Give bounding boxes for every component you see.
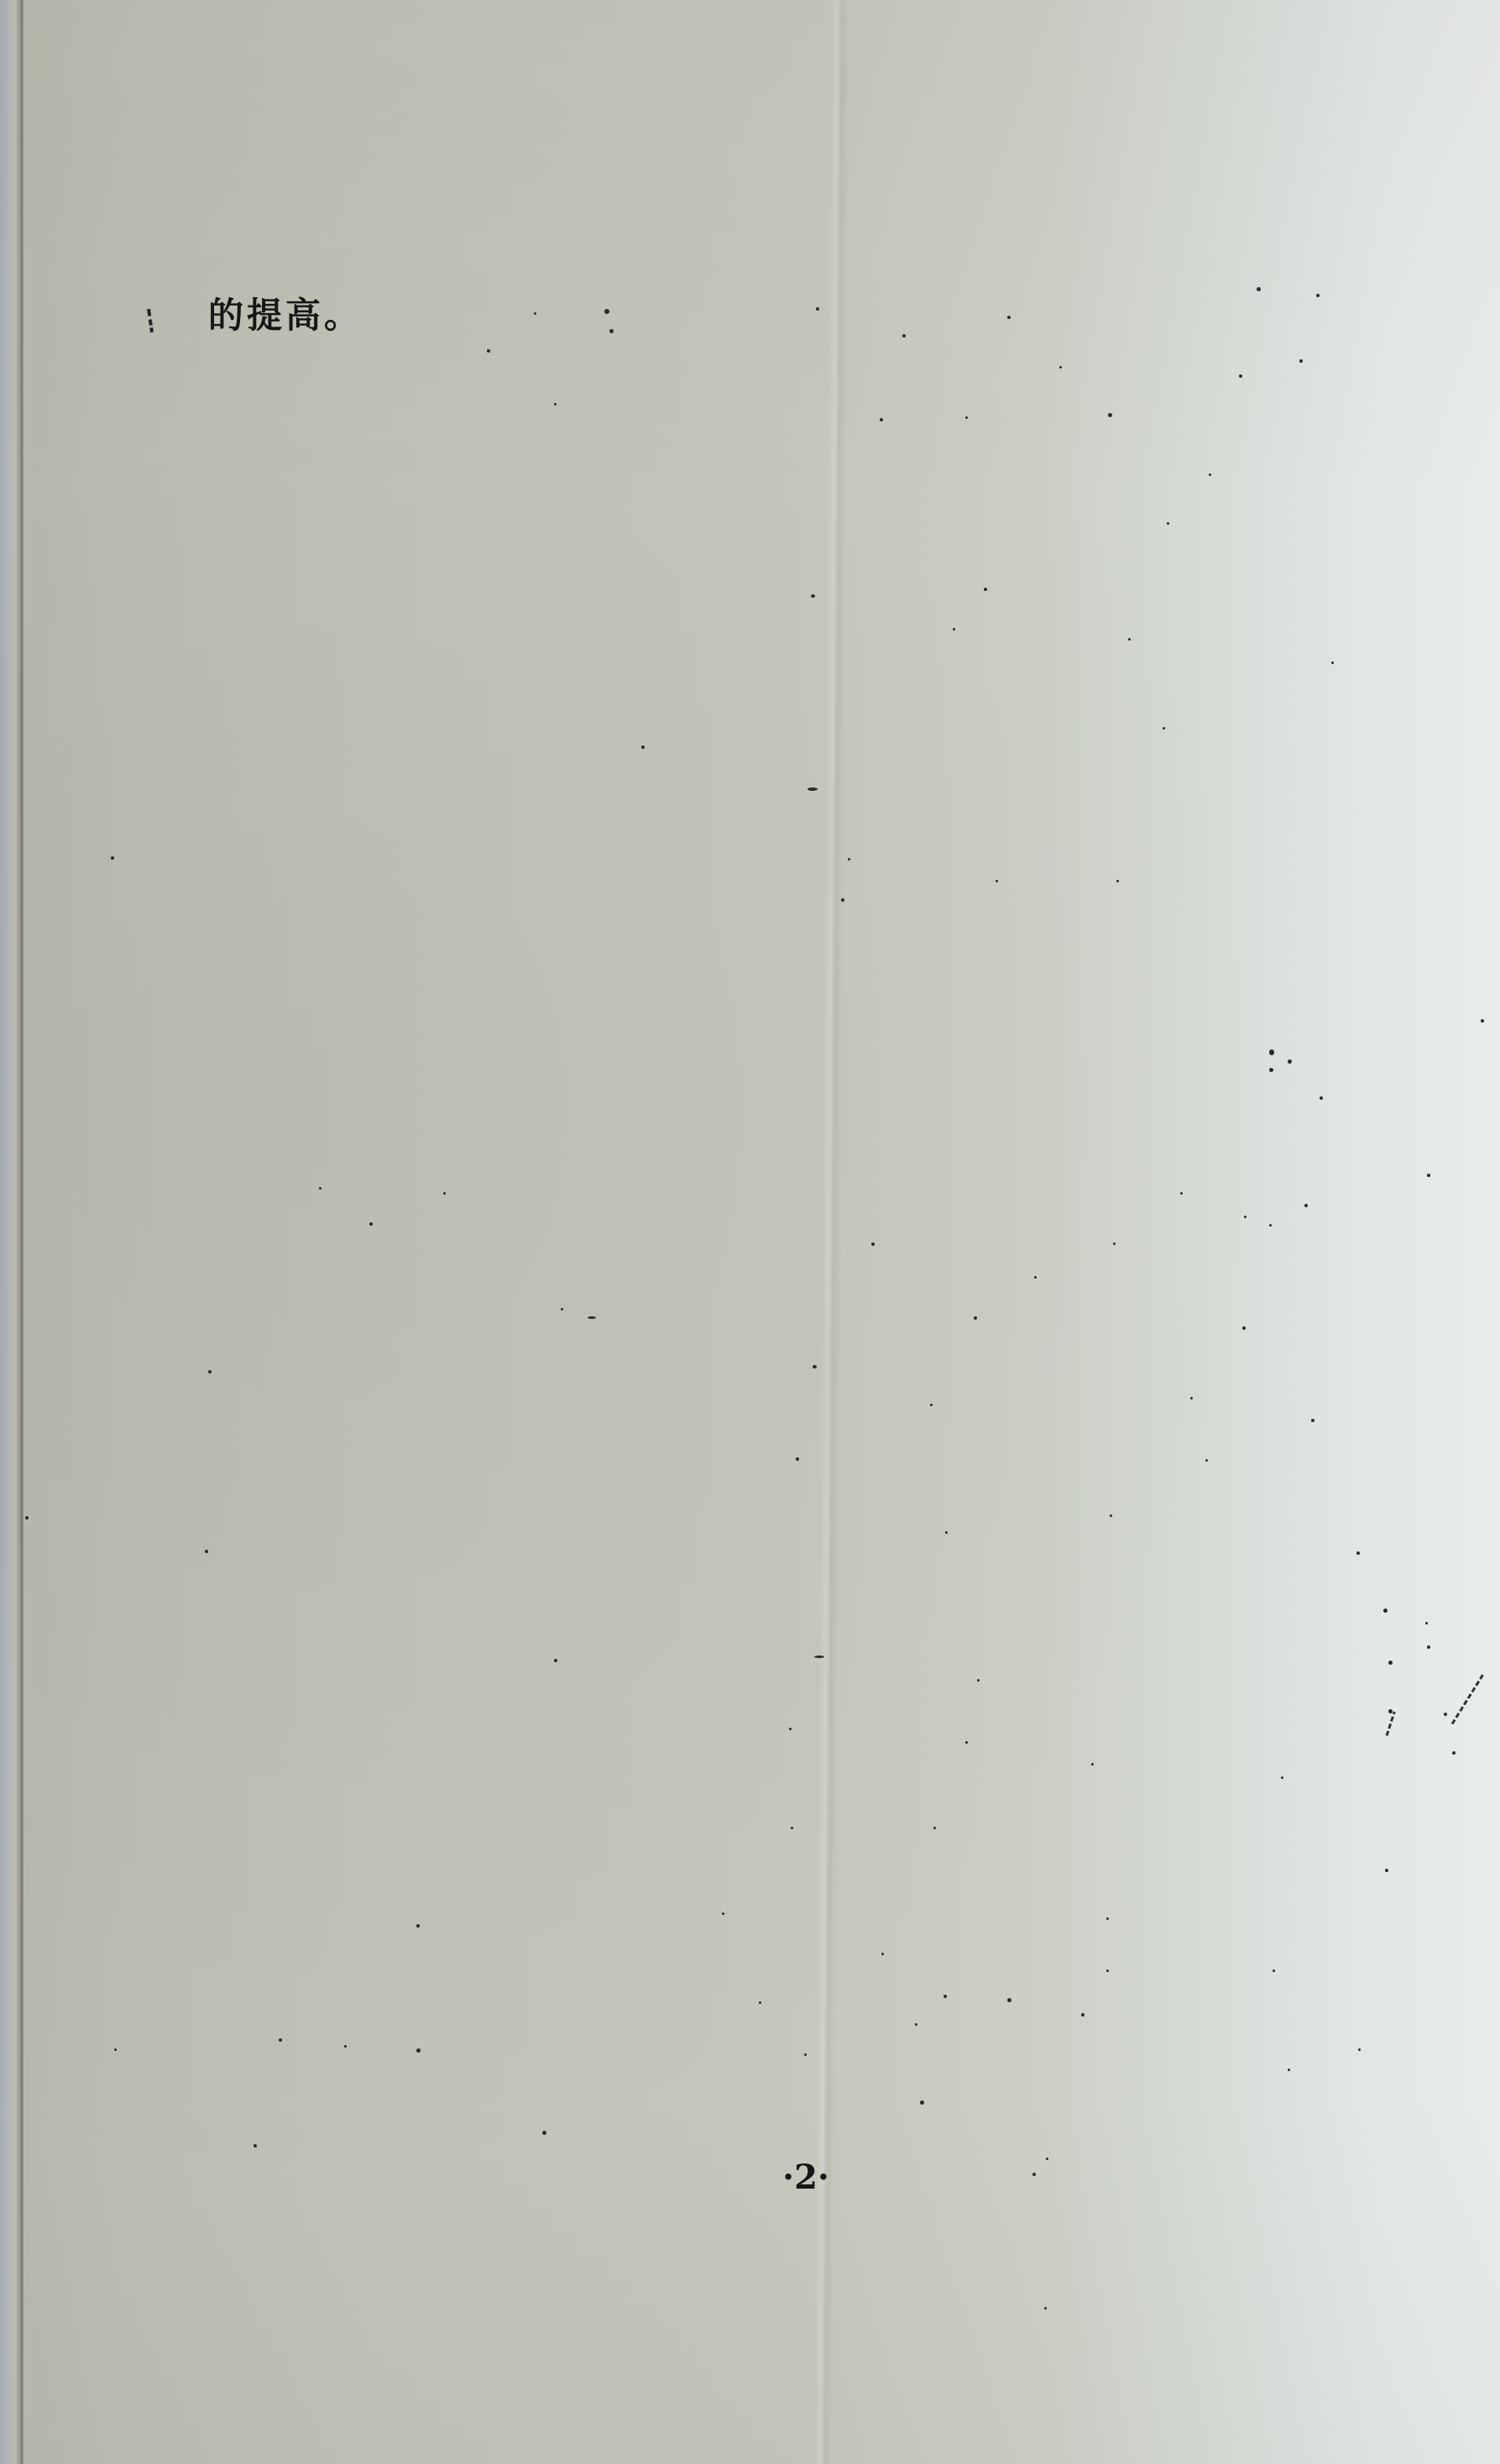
binding-edge [0,0,22,2464]
page-number: ·2· [755,2158,856,2198]
body-text-line: 的提高。 [208,294,363,337]
document-page: 的提高。 ·2· [0,0,1500,2464]
margin-mark [147,309,154,332]
fold-crease [814,0,849,2464]
